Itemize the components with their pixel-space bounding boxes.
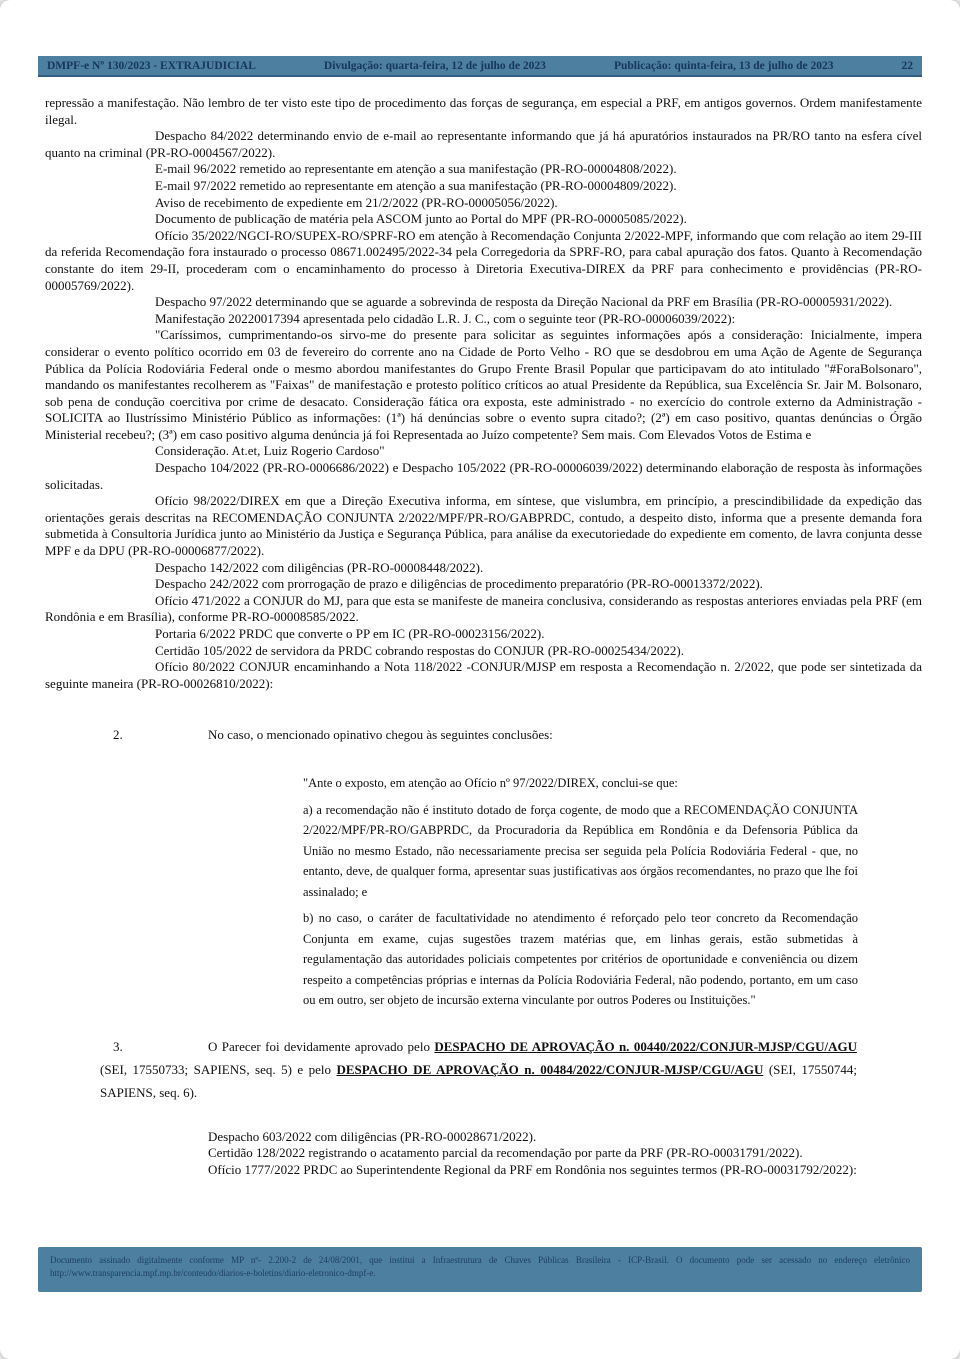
vertical-spacer bbox=[45, 692, 922, 726]
paragraph: "Caríssimos, cumprimentando-os sirvo-me … bbox=[45, 327, 922, 443]
numbered-item: 3.O Parecer foi devidamente aprovado pel… bbox=[100, 1035, 857, 1104]
vertical-spacer bbox=[45, 743, 922, 773]
paragraph: Consideração. At.et, Luiz Rogerio Cardos… bbox=[45, 443, 922, 460]
paragraph: Certidão 128/2022 registrando o acatamen… bbox=[45, 1145, 922, 1162]
paragraph: Despacho 603/2022 com diligências (PR-RO… bbox=[45, 1129, 922, 1146]
item-number: 2. bbox=[113, 726, 123, 743]
item-text: (SEI, 17550733; SAPIENS, seq. 5) e pelo bbox=[100, 1062, 336, 1077]
paragraph: Ofício 471/2022 a CONJUR do MJ, para que… bbox=[45, 593, 922, 626]
paragraph: Certidão 105/2022 de servidora da PRDC c… bbox=[45, 643, 922, 660]
paragraph: E-mail 96/2022 remetido ao representante… bbox=[45, 161, 922, 178]
paragraph: Despacho 97/2022 determinando que se agu… bbox=[45, 294, 922, 311]
page-footer-bar: Documento assinado digitalmente conforme… bbox=[38, 1247, 922, 1292]
paragraph: Despacho 104/2022 (PR-RO-0006686/2022) e… bbox=[45, 460, 922, 493]
footer-signature-note: Documento assinado digitalmente conforme… bbox=[50, 1254, 910, 1280]
paragraph: Despacho 142/2022 com diligências (PR-RO… bbox=[45, 560, 922, 577]
emphasized-reference: DESPACHO DE APROVAÇÃO n. 00440/2022/CONJ… bbox=[434, 1039, 857, 1054]
page-header-bar: DMPF-e Nº 130/2023 - EXTRAJUDICIAL Divul… bbox=[38, 56, 922, 77]
paragraph: Despacho 242/2022 com prorrogação de pra… bbox=[45, 576, 922, 593]
paragraph: E-mail 97/2022 remetido ao representante… bbox=[45, 178, 922, 195]
paragraph: Aviso de recebimento de expediente em 21… bbox=[45, 195, 922, 212]
vertical-spacer bbox=[45, 1017, 922, 1035]
paragraph: Documento de publicação de matéria pela … bbox=[45, 211, 922, 228]
paragraph: Ofício 80/2022 CONJUR encaminhando a Not… bbox=[45, 659, 922, 692]
header-divulgacao-date: Divulgação: quarta-feira, 12 de julho de… bbox=[324, 60, 546, 72]
header-edition: DMPF-e Nº 130/2023 - EXTRAJUDICIAL bbox=[47, 60, 256, 72]
header-page-number: 22 bbox=[902, 60, 914, 72]
paragraph: Despacho 84/2022 determinando envio de e… bbox=[45, 128, 922, 161]
paragraph: Ofício 1777/2022 PRDC ao Superintendente… bbox=[45, 1162, 922, 1179]
paragraph: Ofício 98/2022/DIREX em que a Direção Ex… bbox=[45, 493, 922, 559]
paragraph: Portaria 6/2022 PRDC que converte o PP e… bbox=[45, 626, 922, 643]
paragraph: Manifestação 20220017394 apresentada pel… bbox=[45, 311, 922, 328]
paragraph: repressão a manifestação. Não lembro de … bbox=[45, 95, 922, 128]
block-quote: "Ante o exposto, em atenção ao Ofício nº… bbox=[303, 773, 858, 1011]
item-text: No caso, o mencionado opinativo chegou à… bbox=[208, 727, 553, 742]
header-publicacao-date: Publicação: quinta-feira, 13 de julho de… bbox=[614, 60, 833, 72]
paragraph: Ofício 35/2022/NGCI-RO/SUPEX-RO/SPRF-RO … bbox=[45, 228, 922, 294]
item-text: O Parecer foi devidamente aprovado pelo bbox=[208, 1039, 434, 1054]
document-page: DMPF-e Nº 130/2023 - EXTRAJUDICIAL Divul… bbox=[0, 0, 960, 1359]
emphasized-reference: DESPACHO DE APROVAÇÃO n. 00484/2022/CONJ… bbox=[336, 1062, 763, 1077]
numbered-item: 2.No caso, o mencionado opinativo chegou… bbox=[100, 726, 857, 743]
quote-paragraph: "Ante o exposto, em atenção ao Ofício nº… bbox=[303, 773, 858, 794]
document-body: repressão a manifestação. Não lembro de … bbox=[45, 95, 922, 1179]
quote-paragraph: a) a recomendação não é instituto dotado… bbox=[303, 800, 858, 903]
quote-paragraph: b) no caso, o caráter de facultatividade… bbox=[303, 908, 858, 1011]
item-number: 3. bbox=[113, 1035, 123, 1058]
vertical-spacer bbox=[45, 1104, 922, 1129]
